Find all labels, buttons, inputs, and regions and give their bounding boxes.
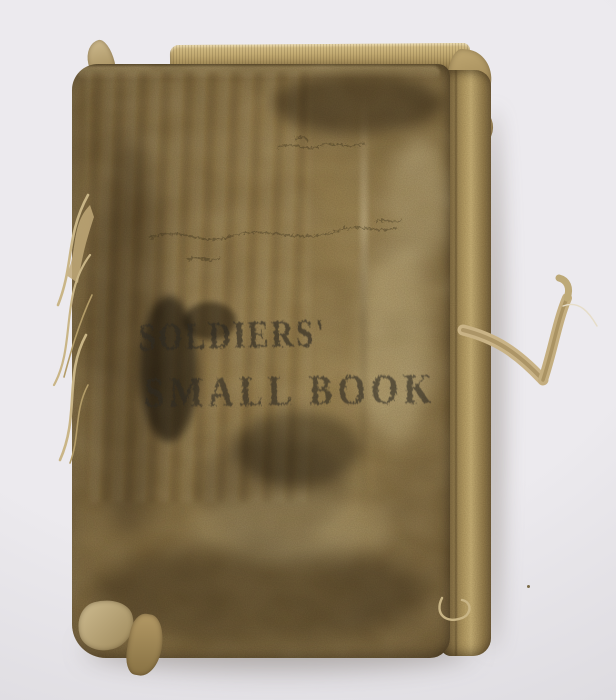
- canvas-tie-ribbon: [455, 272, 610, 407]
- canvas-grain-texture: [72, 64, 450, 658]
- spine-fray-threads: [30, 175, 94, 475]
- thread-curl-bottom-right: [432, 588, 482, 632]
- background-speck: [527, 585, 530, 588]
- photo-backdrop: SOLDIERS' SMALL BOOK: [0, 0, 616, 700]
- front-cover: SOLDIERS' SMALL BOOK: [72, 64, 450, 658]
- soldiers-small-book: SOLDIERS' SMALL BOOK: [0, 0, 616, 700]
